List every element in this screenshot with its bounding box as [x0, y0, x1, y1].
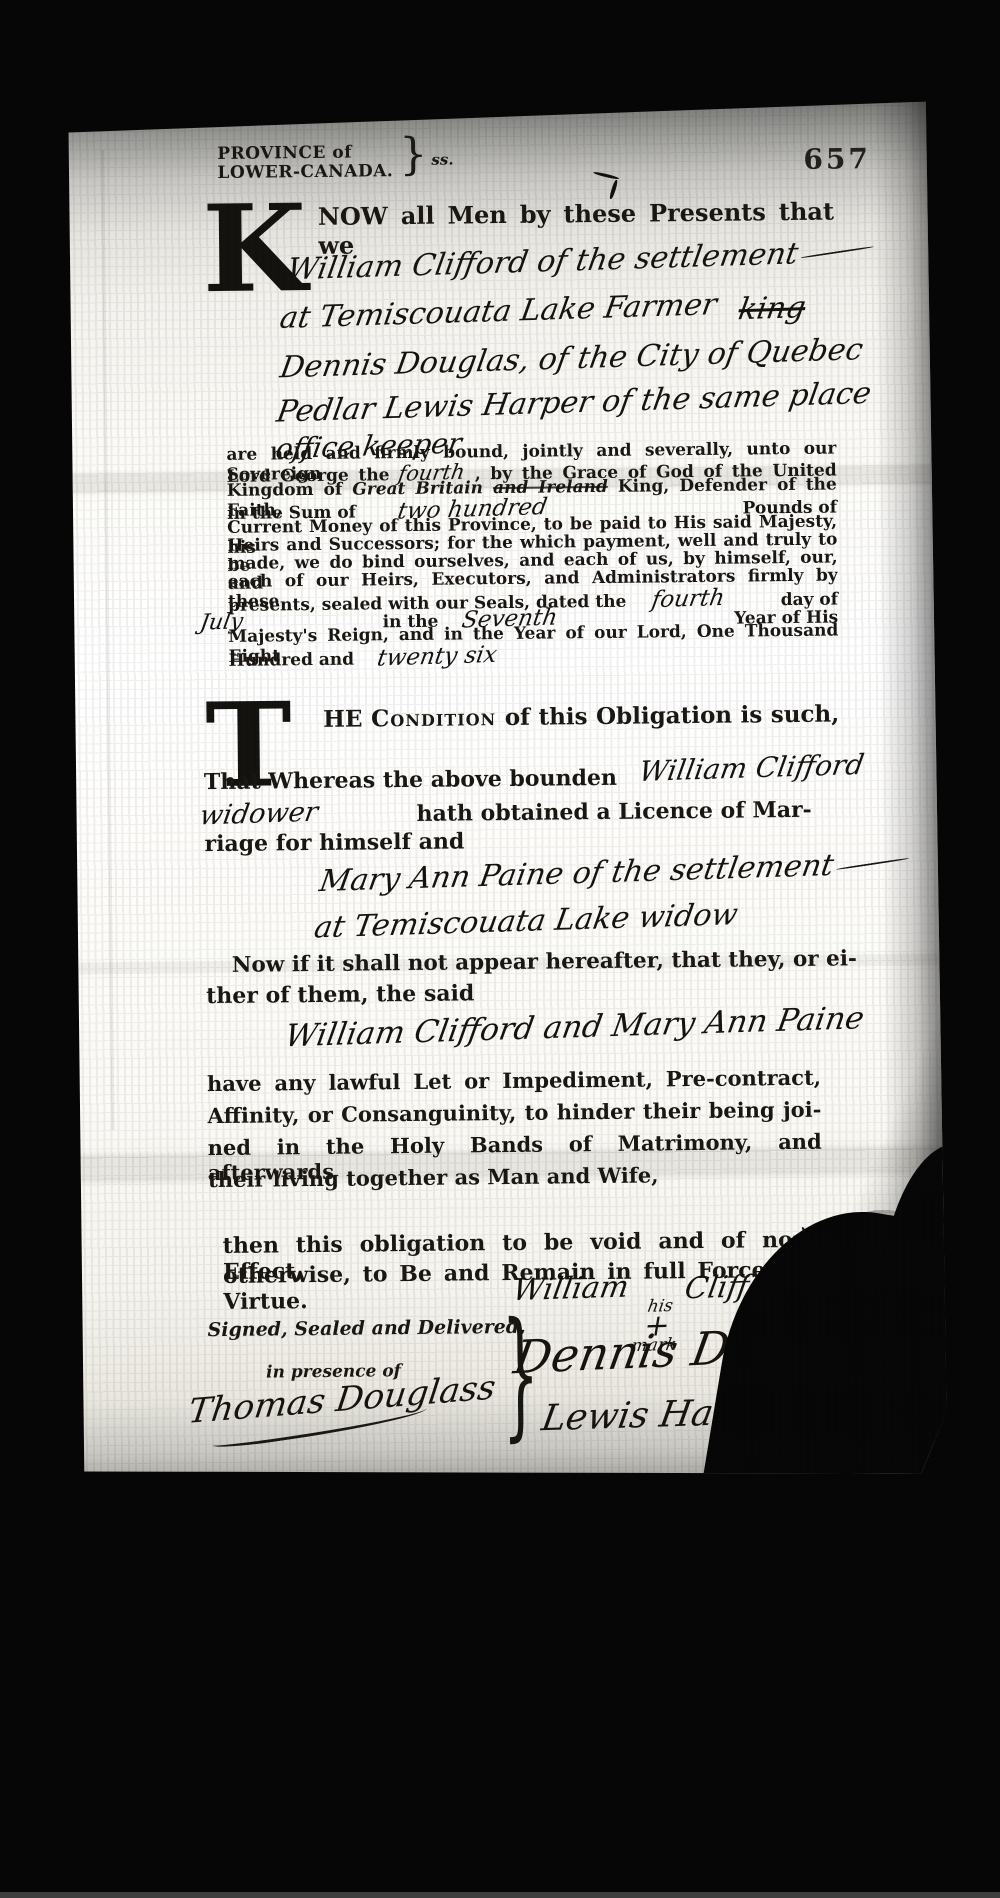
signed-sealed-label: Signed, Sealed and Delivered, — [208, 1316, 526, 1341]
hw-couple-line: William Clifford and Mary Ann Paine — [286, 1006, 863, 1048]
hw-party-line3: Dennis Douglas, of the City of Quebec — [281, 338, 861, 379]
page-number: 657 — [803, 142, 871, 176]
condition-heading: HE Condition of this Obligation is such, — [323, 701, 839, 733]
hw-bride-line1: Mary Ann Paine of the settlement — [321, 852, 909, 893]
hw-bride-line2: at Temiscouata Lake widow — [315, 902, 737, 941]
document-page: PROVINCE of LOWER-CANADA. } ss. 657 K NO… — [65, 101, 947, 1482]
hw-party-line1: William Clifford of the settlement — [288, 240, 873, 281]
ss-abbrev: ss. — [431, 151, 453, 169]
know-now: NOW — [318, 201, 388, 231]
impediment-line1: have any lawful Let or Impediment, Pre-c… — [207, 1065, 821, 1096]
now-if-line1: Now if it shall not appear hereafter, th… — [232, 946, 857, 978]
impediment-line4: their living together as Man and Wife, — [208, 1162, 659, 1192]
widower-hath-line: widower hath obtained a Licence of Mar- — [200, 793, 812, 830]
hw-party-line4: Pedlar Lewis Harper of the same place — [278, 382, 870, 423]
left-fold-shadow — [101, 150, 114, 1130]
condition-word: Condition — [371, 704, 496, 732]
impediment-line2: Affinity, or Consanguinity, to hinder th… — [207, 1097, 821, 1128]
witness-signature: Thomas Douglass — [190, 1378, 494, 1421]
hw-party-line2: at Temiscouata Lake Farmer king — [281, 291, 806, 331]
bond-line-12: Hundred and twenty six — [228, 643, 497, 672]
header-brace: } — [399, 129, 428, 180]
riage-line: riage for himself and — [204, 828, 464, 857]
province-line1: PROVINCE of — [217, 143, 352, 164]
that-whereas-line: That Whereas the above bounden William C… — [204, 756, 864, 796]
film-edge-strip — [0, 1892, 1000, 1898]
province-header: PROVINCE of LOWER-CANADA. — [217, 143, 393, 183]
now-if-line2: ther of them, the said — [206, 980, 474, 1009]
pen-mark — [609, 179, 619, 199]
